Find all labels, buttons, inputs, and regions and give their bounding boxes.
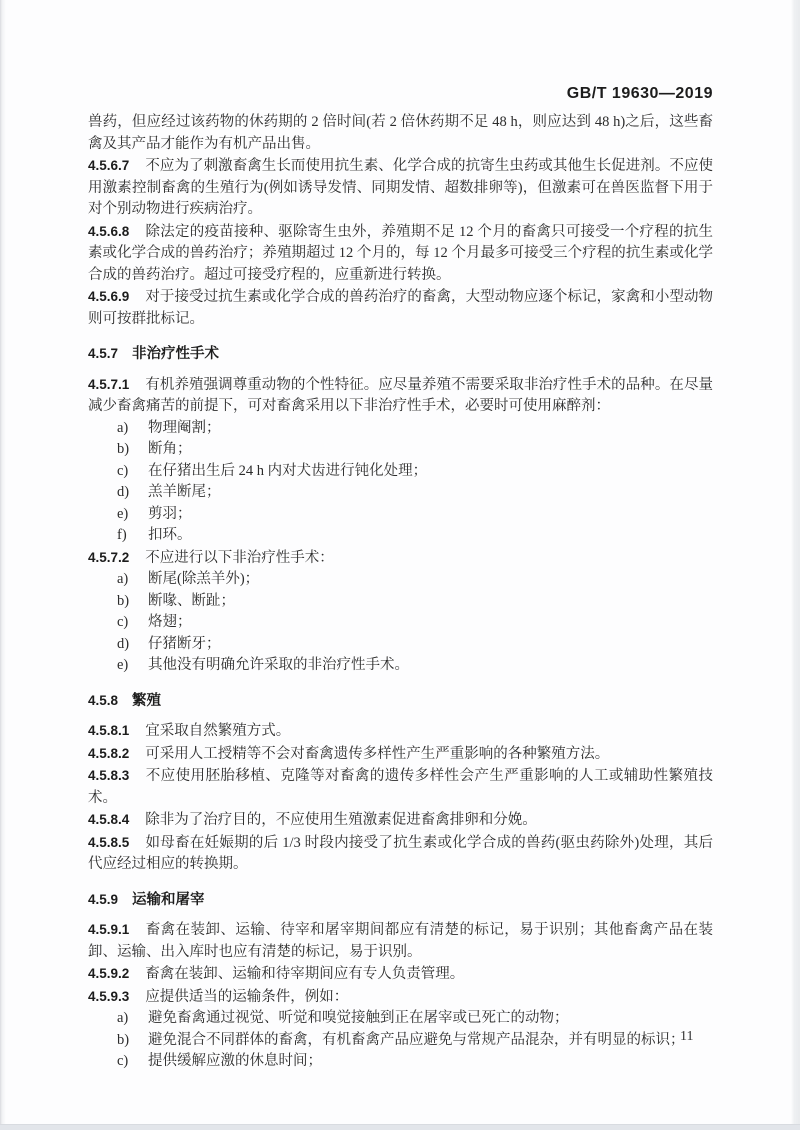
list-item-label: c) [117, 612, 148, 634]
paragraph-text: 不应为了刺激畜禽生长而使用抗生素、化学合成的抗寄生虫药或其他生长促进剂。不应使用… [88, 158, 713, 217]
list-item-text: 避免畜禽通过视觉、听觉和嗅觉接触到正在屠宰或已死亡的动物； [148, 1008, 713, 1030]
paragraph-text: 有机养殖强调尊重动物的个性特征。应尽量养殖不需要采取非治疗性手术的品种。在尽量减… [88, 377, 713, 415]
list-item-text: 扣环。 [148, 525, 713, 547]
standard-number: GB/T 19630—2019 [567, 85, 713, 102]
list-item: d)仔猪断牙； [88, 634, 713, 656]
section-number: 4.5.9 [88, 892, 118, 907]
body-paragraph: 兽药，但应经过该药物的休药期的 2 倍时间(若 2 倍休药期不足 48 h，则应… [88, 112, 713, 155]
clause-paragraph: 4.5.6.7不应为了刺激畜禽生长而使用抗生素、化学合成的抗寄生虫药或其他生长促… [88, 155, 713, 221]
paragraph-text: 兽药，但应经过该药物的休药期的 2 倍时间(若 2 倍休药期不足 48 h，则应… [88, 114, 713, 152]
paragraph-text: 不应进行以下非治疗性手术： [145, 550, 334, 566]
section-number: 4.5.7 [88, 346, 118, 361]
clause-paragraph: 4.5.8.2可采用人工授精等不会对畜禽遗传多样性产生严重影响的各种繁殖方法。 [88, 743, 713, 766]
document-body: 兽药，但应经过该药物的休药期的 2 倍时间(若 2 倍休药期不足 48 h，则应… [88, 112, 713, 1073]
list-item-text: 断角； [148, 439, 713, 461]
list-item-label: e) [117, 504, 148, 526]
clause-number: 4.5.9.3 [88, 989, 129, 1004]
list-item-text: 提供缓解应激的休息时间； [148, 1051, 713, 1073]
scan-edge-bottom [0, 1124, 800, 1130]
clause-number: 4.5.7.2 [88, 550, 129, 565]
paragraph-text: 除法定的疫苗接种、驱除寄生虫外，养殖期不足 12 个月的畜禽只可接受一个疗程的抗… [88, 224, 713, 283]
section-number: 4.5.8 [88, 693, 118, 708]
list-item: b)断喙、断趾； [88, 591, 713, 613]
lettered-list: a)物理阉割；b)断角；c)在仔猪出生后 24 h 内对犬齿进行钝化处理；d)羔… [88, 418, 713, 547]
list-item-label: a) [117, 569, 148, 591]
list-item-label: a) [117, 1008, 148, 1030]
list-item-label: e) [117, 655, 148, 677]
list-item-text: 物理阉割； [148, 418, 713, 440]
list-item-label: d) [117, 634, 148, 656]
clause-paragraph: 4.5.8.1宜采取自然繁殖方式。 [88, 720, 713, 743]
list-item-text: 其他没有明确允许采取的非治疗性手术。 [148, 655, 713, 677]
list-item: e)其他没有明确允许采取的非治疗性手术。 [88, 655, 713, 677]
list-item: c)烙翅； [88, 612, 713, 634]
scan-edge-right [791, 0, 800, 1130]
list-item: b)断角； [88, 439, 713, 461]
section-heading: 4.5.8繁殖 [88, 690, 713, 713]
list-item-label: c) [117, 1051, 148, 1073]
list-item: a)断尾(除羔羊外)； [88, 569, 713, 591]
list-item: c)提供缓解应激的休息时间； [88, 1051, 713, 1073]
list-item-label: b) [117, 439, 148, 461]
paragraph-text: 可采用人工授精等不会对畜禽遗传多样性产生严重影响的各种繁殖方法。 [145, 746, 609, 762]
paragraph-text: 除非为了治疗目的，不应使用生殖激素促进畜禽排卵和分娩。 [145, 812, 537, 828]
paragraph-text: 畜禽在装卸、运输、待宰和屠宰期间都应有清楚的标记，易于识别；其他畜禽产品在装卸、… [88, 922, 713, 960]
list-item-text: 断尾(除羔羊外)； [148, 569, 713, 591]
clause-number: 4.5.8.4 [88, 812, 129, 827]
list-item-text: 仔猪断牙； [148, 634, 713, 656]
list-item-label: d) [117, 482, 148, 504]
list-item-text: 断喙、断趾； [148, 591, 713, 613]
clause-paragraph: 4.5.9.1畜禽在装卸、运输、待宰和屠宰期间都应有清楚的标记，易于识别；其他畜… [88, 919, 713, 963]
paragraph-text: 不应使用胚胎移植、克隆等对畜禽的遗传多样性会产生严重影响的人工或辅助性繁殖技术。 [88, 768, 713, 806]
section-heading: 4.5.7非治疗性手术 [88, 343, 713, 366]
section-title: 非治疗性手术 [132, 346, 219, 362]
list-item-text: 烙翅； [148, 612, 713, 634]
clause-number: 4.5.9.2 [88, 966, 129, 981]
list-item: d)羔羊断尾； [88, 482, 713, 504]
clause-paragraph: 4.5.6.8除法定的疫苗接种、驱除寄生虫外，养殖期不足 12 个月的畜禽只可接… [88, 221, 713, 287]
page-number: 11 [680, 1029, 693, 1044]
scan-edge-left [0, 0, 6, 1130]
page-footer: 11 [680, 1029, 693, 1045]
section-title: 运输和屠宰 [132, 892, 205, 908]
document-page: GB/T 19630—2019 兽药，但应经过该药物的休药期的 2 倍时间(若 … [0, 0, 800, 1130]
paragraph-text: 宜采取自然繁殖方式。 [145, 723, 290, 739]
lettered-list: a)避免畜禽通过视觉、听觉和嗅觉接触到正在屠宰或已死亡的动物；b)避免混合不同群… [88, 1008, 713, 1073]
paragraph-text: 如母畜在妊娠期的后 1/3 时段内接受了抗生素或化学合成的兽药(驱虫药除外)处理… [88, 835, 713, 873]
list-item-text: 避免混合不同群体的畜禽，有机畜禽产品应避免与常规产品混杂，并有明显的标识； [148, 1030, 713, 1052]
clause-number: 4.5.8.1 [88, 723, 129, 738]
list-item-label: a) [117, 418, 148, 440]
list-item: b)避免混合不同群体的畜禽，有机畜禽产品应避免与常规产品混杂，并有明显的标识； [88, 1030, 713, 1052]
list-item-text: 剪羽； [148, 504, 713, 526]
clause-paragraph: 4.5.6.9对于接受过抗生素或化学合成的兽药治疗的畜禽，大型动物应逐个标记，家… [88, 286, 713, 330]
clause-number: 4.5.8.2 [88, 746, 129, 761]
list-item-text: 羔羊断尾； [148, 482, 713, 504]
paragraph-text: 对于接受过抗生素或化学合成的兽药治疗的畜禽，大型动物应逐个标记，家禽和小型动物则… [88, 289, 713, 327]
lettered-list: a)断尾(除羔羊外)；b)断喙、断趾；c)烙翅；d)仔猪断牙；e)其他没有明确允… [88, 569, 713, 677]
clause-paragraph: 4.5.8.4除非为了治疗目的，不应使用生殖激素促进畜禽排卵和分娩。 [88, 809, 713, 832]
clause-number: 4.5.6.7 [88, 158, 129, 173]
standard-number-header: GB/T 19630—2019 [567, 85, 713, 103]
list-item-label: c) [117, 461, 148, 483]
clause-number: 4.5.6.8 [88, 224, 129, 239]
section-heading: 4.5.9运输和屠宰 [88, 889, 713, 912]
list-item: f)扣环。 [88, 525, 713, 547]
list-item: a)物理阉割； [88, 418, 713, 440]
clause-paragraph: 4.5.9.2畜禽在装卸、运输和待宰期间应有专人负责管理。 [88, 963, 713, 986]
section-title: 繁殖 [132, 693, 161, 709]
clause-paragraph: 4.5.7.2不应进行以下非治疗性手术： [88, 547, 713, 570]
list-item: c)在仔猪出生后 24 h 内对犬齿进行钝化处理； [88, 461, 713, 483]
list-item: e)剪羽； [88, 504, 713, 526]
paragraph-text: 应提供适当的运输条件，例如： [145, 989, 348, 1005]
clause-number: 4.5.6.9 [88, 289, 129, 304]
list-item-label: b) [117, 591, 148, 613]
clause-number: 4.5.8.3 [88, 768, 129, 783]
clause-number: 4.5.7.1 [88, 377, 129, 392]
list-item-label: f) [117, 525, 148, 547]
clause-paragraph: 4.5.7.1有机养殖强调尊重动物的个性特征。应尽量养殖不需要采取非治疗性手术的… [88, 374, 713, 418]
clause-number: 4.5.8.5 [88, 835, 129, 850]
list-item-label: b) [117, 1030, 148, 1052]
clause-paragraph: 4.5.8.5如母畜在妊娠期的后 1/3 时段内接受了抗生素或化学合成的兽药(驱… [88, 832, 713, 876]
clause-number: 4.5.9.1 [88, 922, 129, 937]
list-item-text: 在仔猪出生后 24 h 内对犬齿进行钝化处理； [148, 461, 713, 483]
list-item: a)避免畜禽通过视觉、听觉和嗅觉接触到正在屠宰或已死亡的动物； [88, 1008, 713, 1030]
paragraph-text: 畜禽在装卸、运输和待宰期间应有专人负责管理。 [145, 966, 464, 982]
clause-paragraph: 4.5.8.3不应使用胚胎移植、克隆等对畜禽的遗传多样性会产生严重影响的人工或辅… [88, 765, 713, 809]
clause-paragraph: 4.5.9.3应提供适当的运输条件，例如： [88, 986, 713, 1009]
